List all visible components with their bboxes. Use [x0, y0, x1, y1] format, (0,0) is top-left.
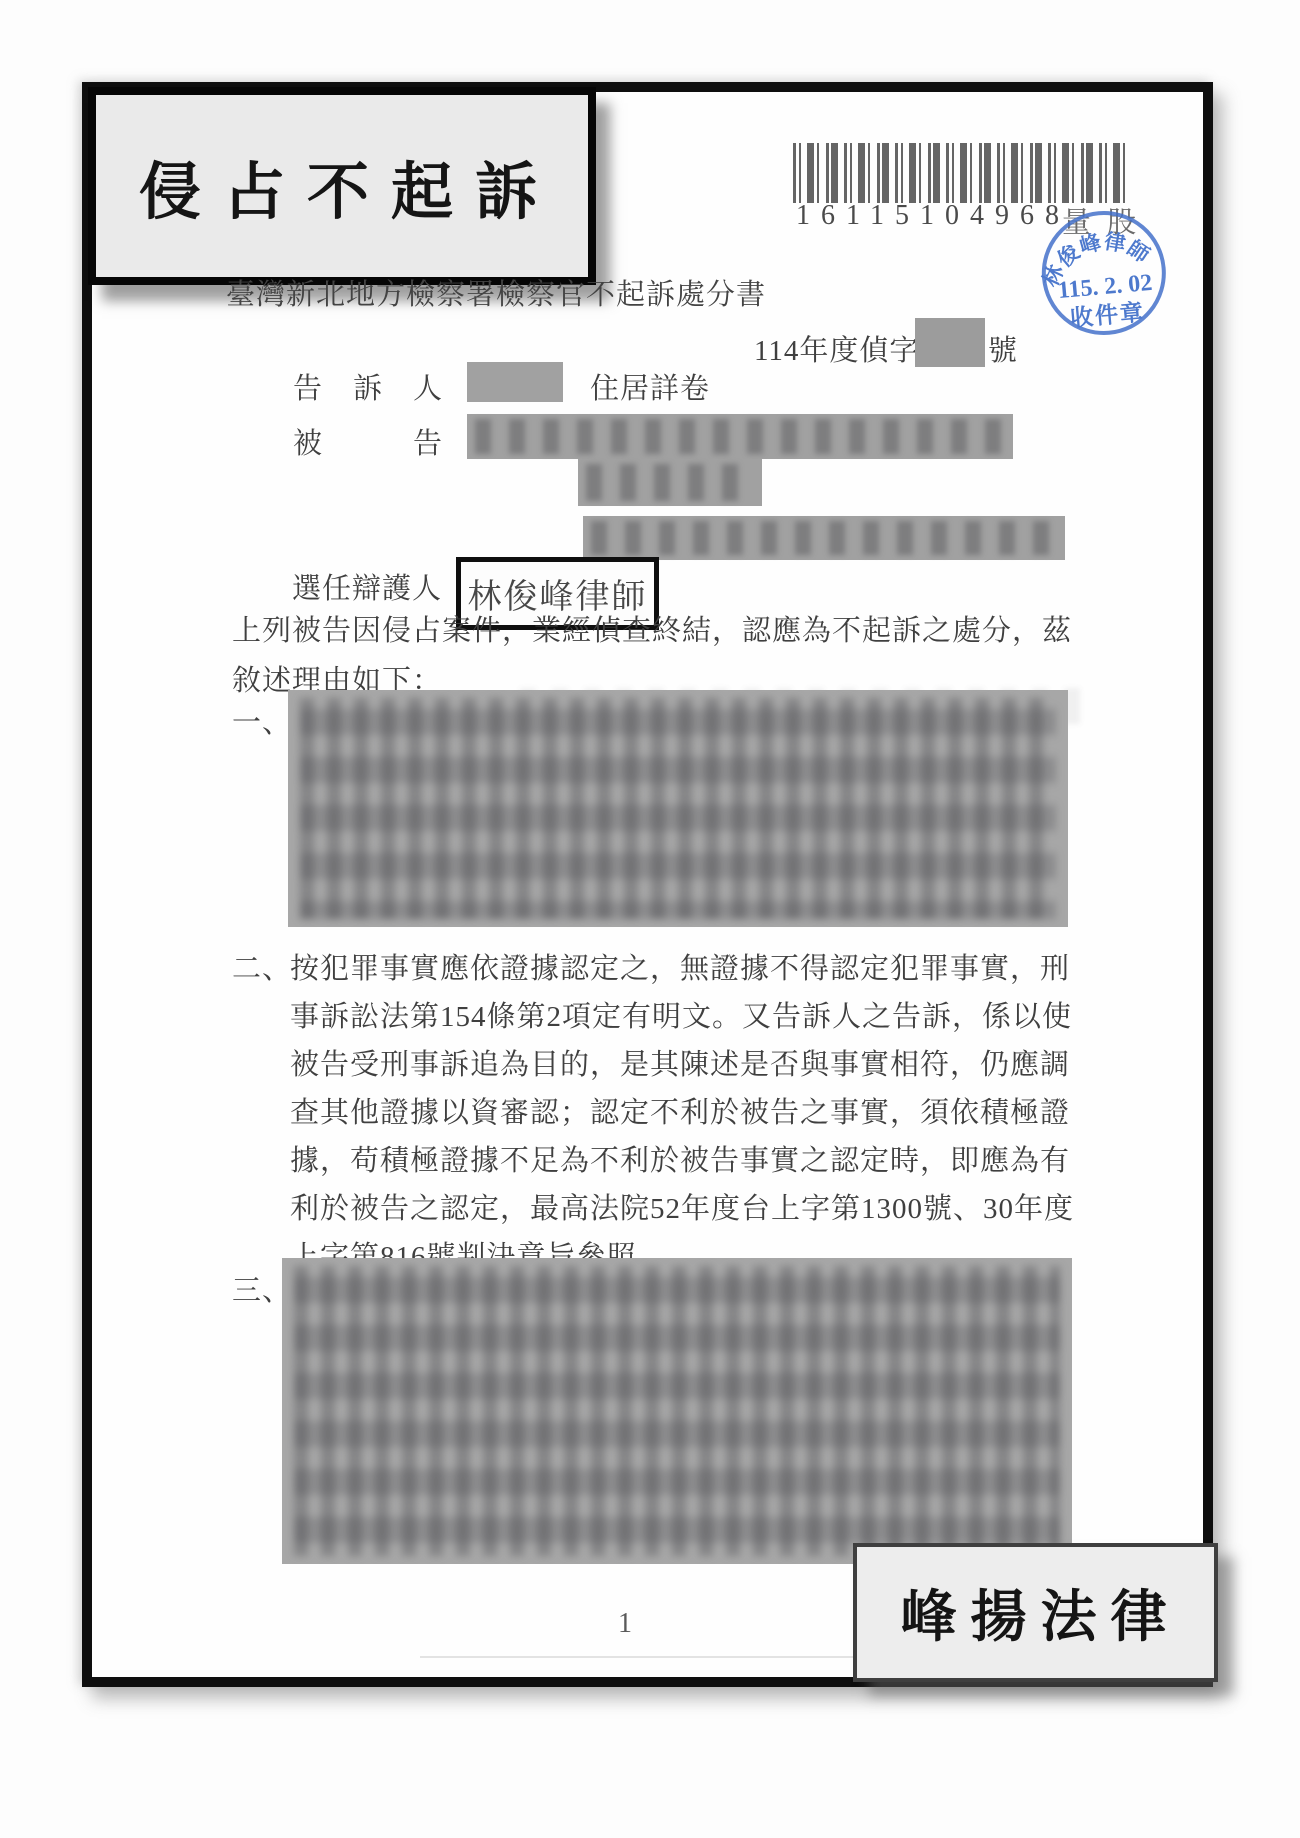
intro-line-1: 上列被告因侵占案件，業經偵查終結，認應為不起訴之處分，茲	[232, 608, 1072, 649]
receipt-stamp-date: 115. 2. 02	[1057, 270, 1154, 304]
defendant-info-redaction-2	[578, 459, 762, 506]
complainant-label: 告 訴 人	[293, 366, 443, 407]
case-number-redaction	[915, 318, 985, 367]
document-title: 臺灣新北地方檢察署檢察官不起訴處分書	[226, 272, 766, 313]
defendant-info-redaction-3	[583, 516, 1065, 560]
defendant-info-redaction-1	[467, 414, 1013, 459]
top-left-stamp-box: 侵占不起訴	[88, 87, 596, 285]
bottom-right-stamp-box: 峰揚法律	[853, 1543, 1218, 1682]
complainant-note: 住居詳卷	[590, 366, 710, 407]
counsel-label: 選任辯護人	[292, 566, 442, 607]
section-3-redaction	[282, 1258, 1072, 1564]
page-number: 1	[618, 1608, 632, 1640]
footer-rule	[420, 1656, 870, 1658]
section-2-line: 事訴訟法第154條第2項定有明文。又告訴人之告訴，係以使	[290, 994, 1072, 1035]
section-2-line: 查其他證據以資審認；認定不利於被告之事實，須依積極證	[290, 1090, 1070, 1131]
case-number-suffix: 號	[988, 328, 1018, 369]
section-2-line: 按犯罪事實應依證據認定之，無證據不得認定犯罪事實，刑	[290, 946, 1070, 987]
barcode	[793, 143, 1127, 203]
section-2-marker: 二、	[232, 946, 292, 987]
section-1-marker: 一、	[232, 700, 292, 741]
section-2-line: 被告受刑事訴追為目的，是其陳述是否與事實相符，仍應調	[290, 1042, 1070, 1083]
scanned-document-page: 侵占不起訴 16115104968 量股 林俊峰律師 115. 2. 02 收件…	[0, 0, 1300, 1838]
section-2-line: 利於被告之認定，最高法院52年度台上字第1300號、30年度	[290, 1186, 1074, 1227]
section-1-redaction	[288, 690, 1068, 927]
bottom-right-stamp-label: 峰揚法律	[901, 1573, 1181, 1653]
complainant-name-redaction	[467, 362, 563, 402]
top-left-stamp-label: 侵占不起訴	[139, 142, 559, 231]
defendant-label: 被 告	[293, 421, 443, 462]
receipt-stamp: 林俊峰律師 115. 2. 02 收件章	[1027, 198, 1181, 352]
section-2-line: 據，苟積極證據不足為不利於被告事實之認定時，即應為有	[290, 1138, 1070, 1179]
